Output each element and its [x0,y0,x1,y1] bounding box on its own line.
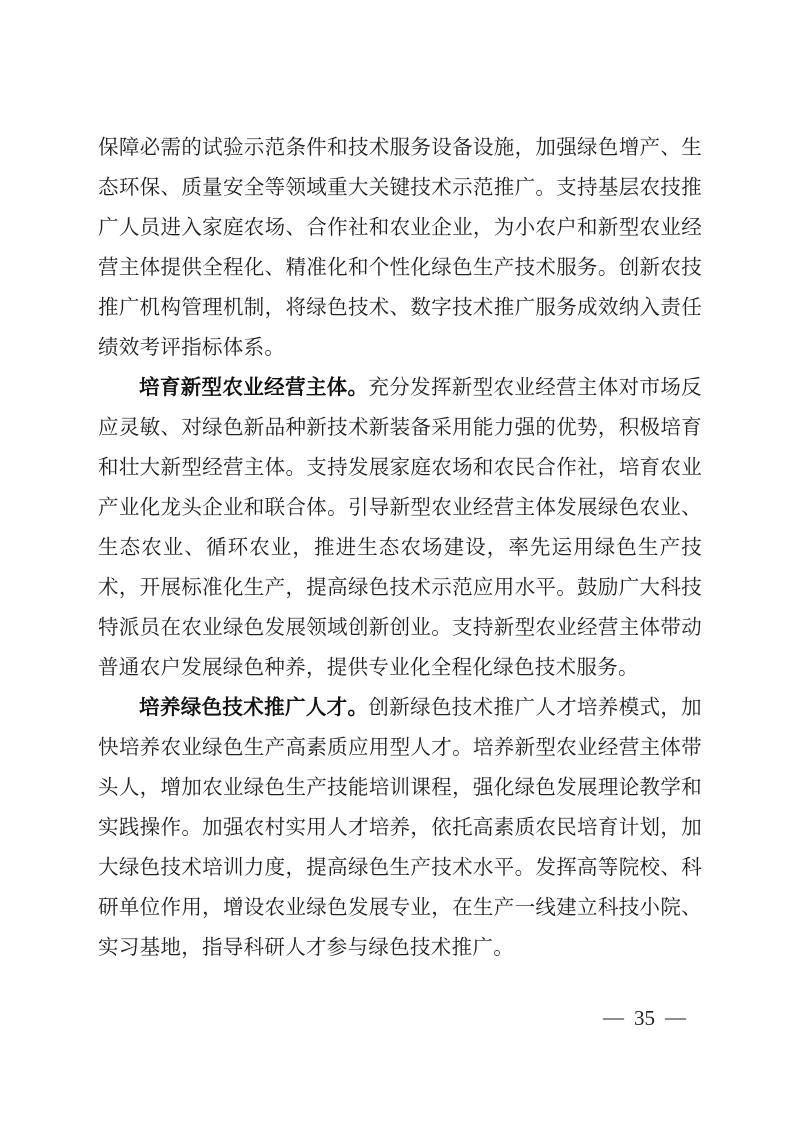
paragraph: 培养绿色技术推广人才。创新绿色技术推广人才培养模式，加快培养农业绿色生产高素质应… [98,688,702,968]
paragraph: 培育新型农业经营主体。充分发挥新型农业经营主体对市场反应灵敏、对绿色新品种新技术… [98,368,702,688]
page-number-footer: — 35 — [603,1003,686,1033]
document-page: 保障必需的试验示范条件和技术服务设备设施，加强绿色增产、生态环保、质量安全等领域… [0,0,794,1123]
page-number-dash-left: — [603,1002,624,1032]
paragraph: 保障必需的试验示范条件和技术服务设备设施，加强绿色增产、生态环保、质量安全等领域… [98,128,702,368]
paragraph-text: 充分发挥新型农业经营主体对市场反应灵敏、对绿色新品种新技术新装备采用能力强的优势… [98,377,702,679]
document-text-block: 保障必需的试验示范条件和技术服务设备设施，加强绿色增产、生态环保、质量安全等领域… [98,128,702,968]
paragraph-text: 保障必需的试验示范条件和技术服务设备设施，加强绿色增产、生态环保、质量安全等领域… [98,137,702,359]
page-number-dash-right: — [665,1002,686,1032]
paragraph-lead-heading: 培养绿色技术推广人才。 [139,696,368,719]
paragraph-text: 创新绿色技术推广人才培养模式，加快培养农业绿色生产高素质应用型人才。培养新型农业… [98,697,702,959]
paragraph-lead-heading: 培育新型农业经营主体。 [139,376,368,399]
page-number: 35 [634,1003,655,1033]
